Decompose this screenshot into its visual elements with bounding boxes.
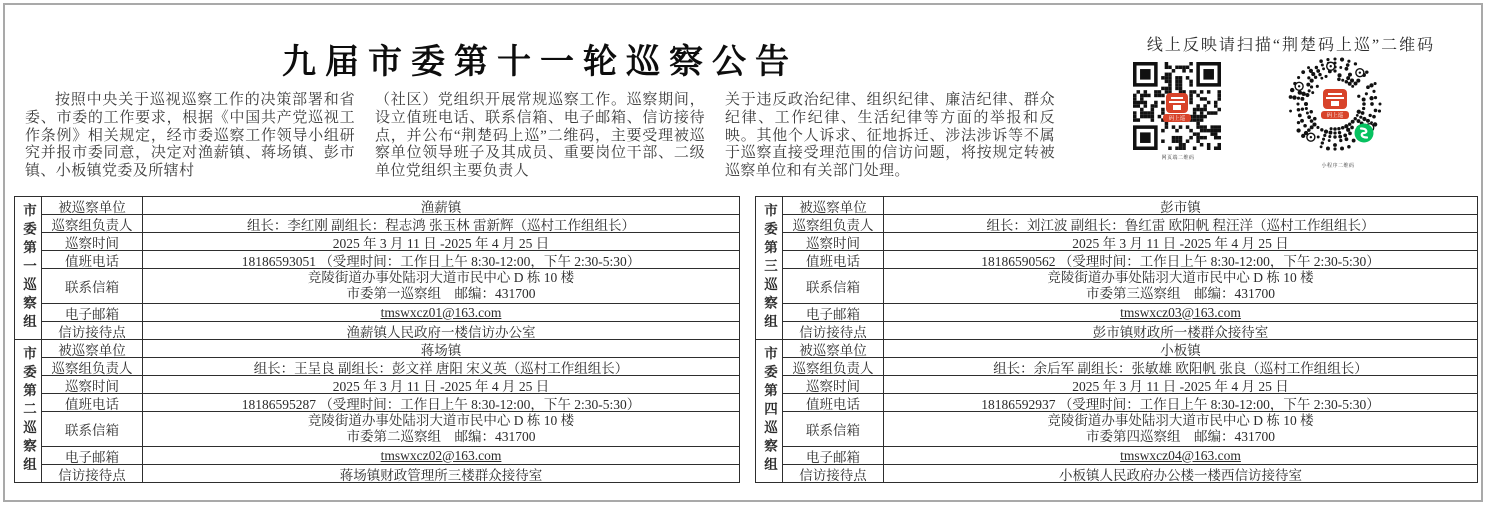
qr-section-heading: 线上反映请扫描“荆楚码上巡”二维码 [1105, 32, 1477, 55]
row-label-period: 巡察时间 [783, 233, 883, 250]
inspection-group-table: 市委第二巡察组被巡察单位蒋场镇巡察组负责人组长：王呈良 副组长：彭文祥 唐阳 宋… [14, 339, 740, 483]
inspection-group-table: 市委第四巡察组被巡察单位小板镇巡察组负责人组长：余后军 副组长：张敏雄 欧阳帆 … [755, 339, 1478, 483]
row-value-mailbox: 竞陵街道办事处陆羽大道市民中心 D 栋 10 楼市委第四巡察组 邮编：43170… [884, 412, 1477, 446]
announcement-page: 九届市委第十一轮巡察公告 按照中央关于巡视巡察工作的决策部署和省委、市委的工作要… [0, 0, 1486, 505]
row-value-mailbox: 竞陵街道办事处陆羽大道市民中心 D 栋 10 楼市委第二巡察组 邮编：43170… [143, 412, 739, 446]
row-label-reception: 信访接待点 [783, 322, 883, 339]
row-value-reception: 渔薪镇人民政府一楼信访办公室 [143, 322, 739, 339]
row-label-leaders: 巡察组负责人 [42, 215, 142, 232]
row-value-leaders: 组长：余后军 副组长：张敏雄 欧阳帆 张良（巡村工作组组长） [884, 358, 1477, 375]
inspection-group-table: 市委第一巡察组被巡察单位渔薪镇巡察组负责人组长：李红刚 副组长：程志鸿 张玉林 … [14, 196, 740, 340]
row-value-email: tmswxcz02@163.com [143, 447, 739, 464]
row-value-unit: 彭市镇 [884, 197, 1477, 214]
group-name-vertical: 市委第一巡察组 [15, 197, 41, 339]
mailbox-line-2: 市委第三巡察组 邮编：431700 [1086, 286, 1275, 302]
svg-text:码上巡: 码上巡 [1169, 114, 1186, 122]
qr-code-miniprogram: 码上巡 小程序二维码 [1283, 54, 1393, 170]
row-value-leaders: 组长：刘江波 副组长：鲁红雷 欧阳帆 程汪洋（巡村工作组组长） [884, 215, 1477, 232]
mailbox-line-2: 市委第二巡察组 邮编：431700 [347, 429, 536, 445]
row-label-unit: 被巡察单位 [783, 197, 883, 214]
row-label-reception: 信访接待点 [42, 322, 142, 339]
inspection-tables: 市委第一巡察组被巡察单位渔薪镇巡察组负责人组长：李红刚 副组长：程志鸿 张玉林 … [14, 196, 1478, 483]
row-value-phone: 18186590562 （受理时间：工作日上午 8:30-12:00，下午 2:… [884, 251, 1477, 268]
row-label-reception: 信访接待点 [783, 465, 883, 482]
row-label-unit: 被巡察单位 [42, 197, 142, 214]
mailbox-line-1: 竞陵街道办事处陆羽大道市民中心 D 栋 10 楼 [1047, 270, 1313, 286]
intro-column-1: 按照中央关于巡视巡察工作的决策部署和省委、市委的工作要求，根据《中国共产党巡视工… [25, 92, 355, 181]
intro-column-2: （社区）党组织开展常规巡察工作。巡察期间，设立值班电话、联系信箱、电子邮箱、信访… [375, 92, 705, 181]
row-label-mailbox: 联系信箱 [783, 412, 883, 446]
mailbox-line-1: 竞陵街道办事处陆羽大道市民中心 D 栋 10 楼 [308, 413, 574, 429]
row-value-phone: 18186595287 （受理时间：工作日上午 8:30-12:00，下午 2:… [143, 394, 739, 411]
row-value-unit: 蒋场镇 [143, 340, 739, 357]
row-value-period: 2025 年 3 月 11 日 -2025 年 4 月 25 日 [884, 376, 1477, 393]
svg-text:码上巡: 码上巡 [1327, 111, 1344, 119]
row-value-email: tmswxcz03@163.com [884, 304, 1477, 321]
row-label-reception: 信访接待点 [42, 465, 142, 482]
row-label-phone: 值班电话 [783, 394, 883, 411]
row-value-email: tmswxcz04@163.com [884, 447, 1477, 464]
row-value-mailbox: 竞陵街道办事处陆羽大道市民中心 D 栋 10 楼市委第一巡察组 邮编：43170… [143, 269, 739, 303]
row-label-email: 电子邮箱 [783, 304, 883, 321]
mailbox-line-1: 竞陵街道办事处陆羽大道市民中心 D 栋 10 楼 [1047, 413, 1313, 429]
row-value-leaders: 组长：王呈良 副组长：彭文祥 唐阳 宋义英（巡村工作组组长） [143, 358, 739, 375]
row-value-leaders: 组长：李红刚 副组长：程志鸿 张玉林 雷新辉（巡村工作组组长） [143, 215, 739, 232]
row-value-reception: 蒋场镇财政管理所三楼群众接待室 [143, 465, 739, 482]
mailbox-line-2: 市委第四巡察组 邮编：431700 [1086, 429, 1275, 445]
row-label-period: 巡察时间 [42, 233, 142, 250]
qr-code-web: 码上巡 网页端二维码 [1133, 62, 1223, 162]
tables-right-column: 市委第三巡察组被巡察单位彭市镇巡察组负责人组长：刘江波 副组长：鲁红雷 欧阳帆 … [755, 196, 1478, 483]
row-value-period: 2025 年 3 月 11 日 -2025 年 4 月 25 日 [884, 233, 1477, 250]
row-label-leaders: 巡察组负责人 [783, 358, 883, 375]
row-label-leaders: 巡察组负责人 [783, 215, 883, 232]
intro-column-3: 关于违反政治纪律、组织纪律、廉洁纪律、群众纪律、工作纪律、生活纪律等方面的举报和… [725, 92, 1055, 181]
row-label-phone: 值班电话 [783, 251, 883, 268]
row-value-phone: 18186593051 （受理时间：工作日上午 8:30-12:00，下午 2:… [143, 251, 739, 268]
row-value-email: tmswxcz01@163.com [143, 304, 739, 321]
row-label-leaders: 巡察组负责人 [42, 358, 142, 375]
mini-program-qr-icon: 码上巡 [1283, 54, 1387, 158]
group-name-vertical: 市委第四巡察组 [756, 340, 782, 482]
row-label-period: 巡察时间 [783, 376, 883, 393]
qr-code-icon: 码上巡 [1133, 62, 1221, 150]
row-label-unit: 被巡察单位 [783, 340, 883, 357]
row-value-mailbox: 竞陵街道办事处陆羽大道市民中心 D 栋 10 楼市委第三巡察组 邮编：43170… [884, 269, 1477, 303]
intro-paragraphs: 按照中央关于巡视巡察工作的决策部署和省委、市委的工作要求，根据《中国共产党巡视工… [25, 92, 1055, 184]
row-label-email: 电子邮箱 [42, 304, 142, 321]
row-value-phone: 18186592937 （受理时间：工作日上午 8:30-12:00，下午 2:… [884, 394, 1477, 411]
row-value-unit: 小板镇 [884, 340, 1477, 357]
qr-caption-left: 网页端二维码 [1133, 156, 1223, 162]
row-label-mailbox: 联系信箱 [42, 269, 142, 303]
row-label-period: 巡察时间 [42, 376, 142, 393]
row-label-email: 电子邮箱 [783, 447, 883, 464]
row-value-reception: 小板镇人民政府办公楼一楼西信访接待室 [884, 465, 1477, 482]
mailbox-line-1: 竞陵街道办事处陆羽大道市民中心 D 栋 10 楼 [308, 270, 574, 286]
row-value-reception: 彭市镇财政所一楼群众接待室 [884, 322, 1477, 339]
qr-section: 线上反映请扫描“荆楚码上巡”二维码 码上巡 网页端二维码 码上巡 小程序二维码 [1105, 30, 1477, 180]
row-label-unit: 被巡察单位 [42, 340, 142, 357]
page-title: 九届市委第十一轮巡察公告 [0, 34, 1080, 83]
mailbox-line-2: 市委第一巡察组 邮编：431700 [347, 286, 536, 302]
inspection-group-table: 市委第三巡察组被巡察单位彭市镇巡察组负责人组长：刘江波 副组长：鲁红雷 欧阳帆 … [755, 196, 1478, 340]
row-label-mailbox: 联系信箱 [783, 269, 883, 303]
row-value-period: 2025 年 3 月 11 日 -2025 年 4 月 25 日 [143, 376, 739, 393]
row-label-email: 电子邮箱 [42, 447, 142, 464]
tables-left-column: 市委第一巡察组被巡察单位渔薪镇巡察组负责人组长：李红刚 副组长：程志鸿 张玉林 … [14, 196, 740, 483]
group-name-vertical: 市委第二巡察组 [15, 340, 41, 482]
row-label-phone: 值班电话 [42, 251, 142, 268]
group-name-vertical: 市委第三巡察组 [756, 197, 782, 339]
row-label-phone: 值班电话 [42, 394, 142, 411]
row-label-mailbox: 联系信箱 [42, 412, 142, 446]
qr-caption-right: 小程序二维码 [1283, 164, 1393, 170]
row-value-unit: 渔薪镇 [143, 197, 739, 214]
row-value-period: 2025 年 3 月 11 日 -2025 年 4 月 25 日 [143, 233, 739, 250]
